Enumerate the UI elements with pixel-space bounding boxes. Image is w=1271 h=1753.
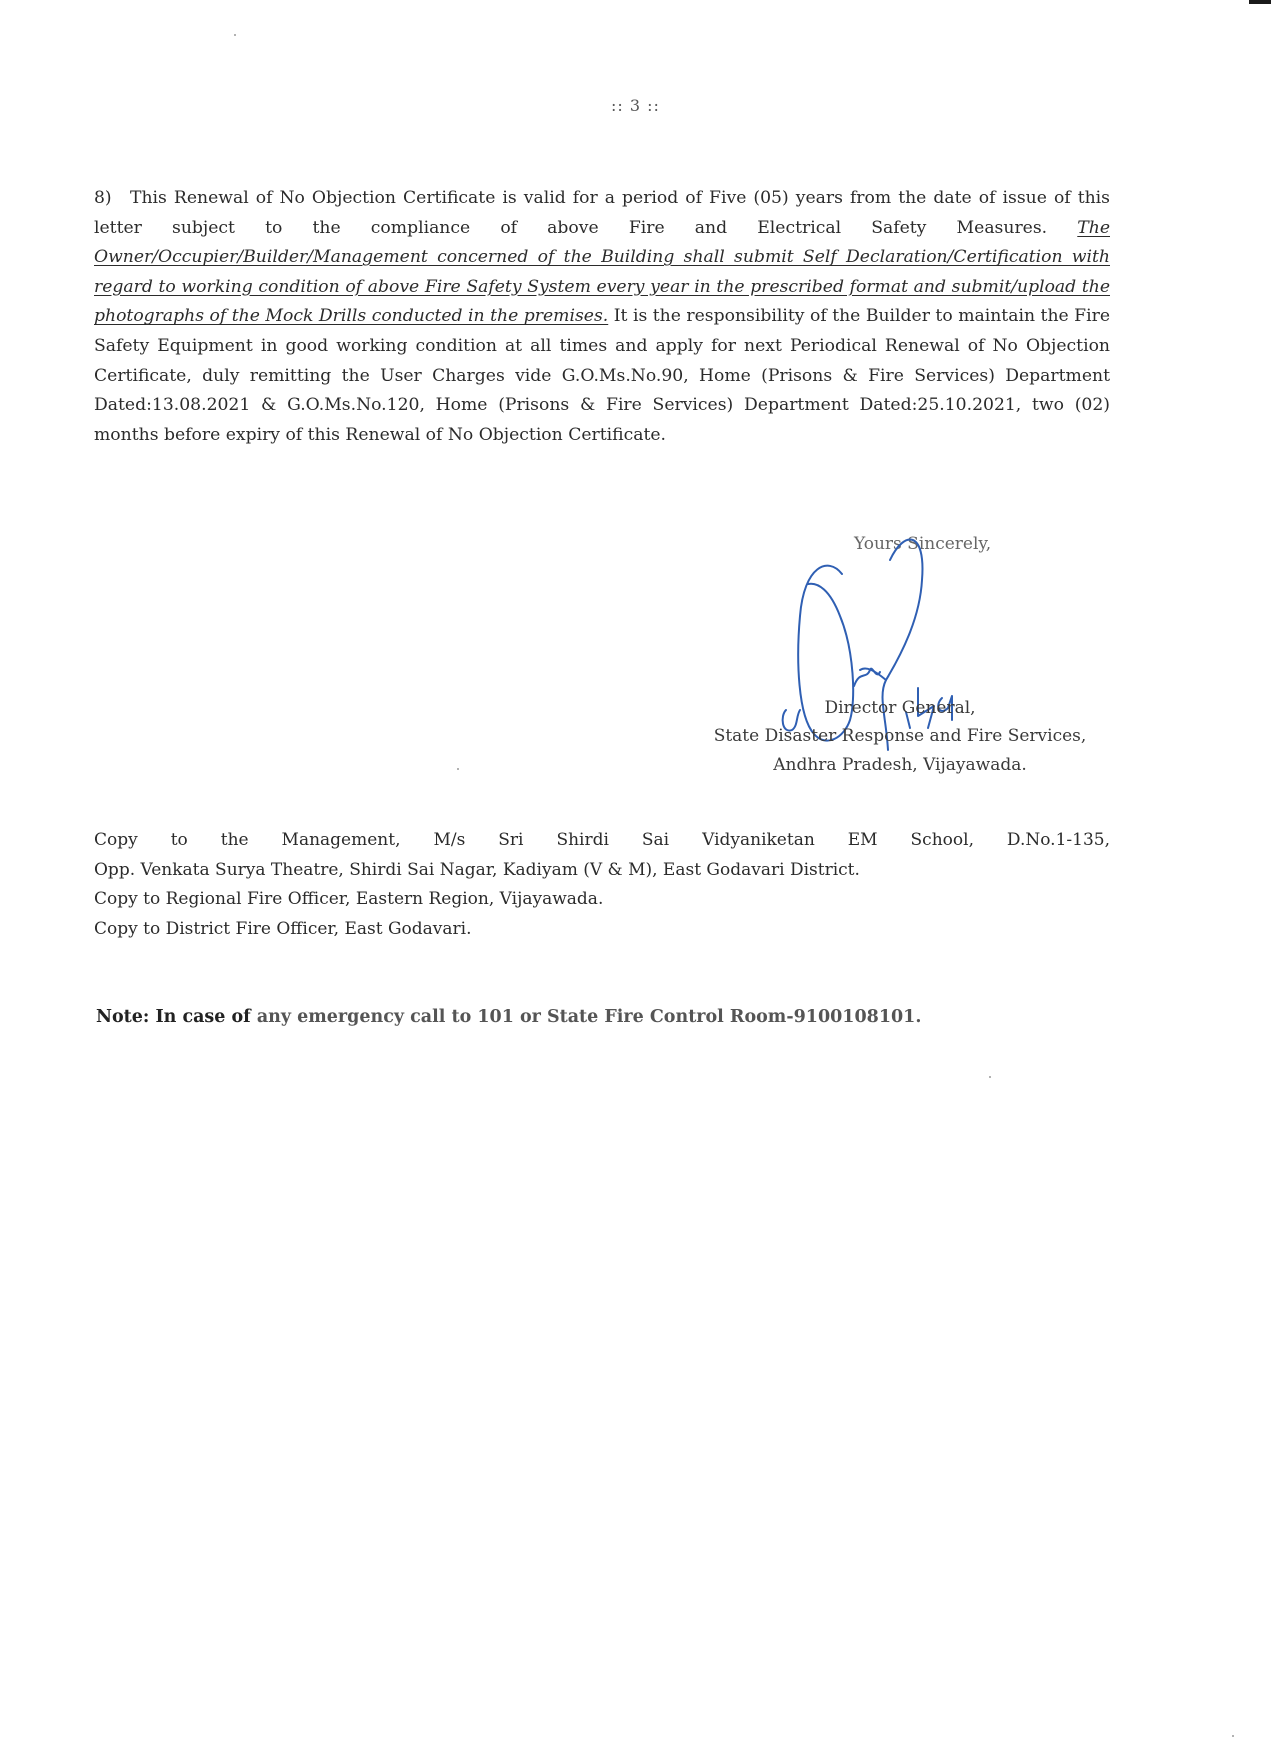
copy-to-list: Copy to the Management, M/s Sri Shirdi S…	[94, 826, 1110, 944]
scan-speck	[1232, 1735, 1234, 1737]
scan-speck	[457, 768, 459, 770]
scan-speck	[234, 34, 236, 36]
note-text: any emergency call to 101 or State Fire …	[257, 1007, 922, 1027]
paragraph-text-start: This Renewal of No Objection Certificate…	[94, 188, 1110, 238]
page-number: :: 3 ::	[0, 96, 1271, 115]
validity-paragraph: 8)This Renewal of No Objection Certifica…	[94, 184, 1110, 450]
signature-block: Yours Sincerely, Director General, State…	[690, 520, 1110, 780]
scan-edge-mark	[1249, 0, 1271, 4]
paragraph-text-end: It is the responsibility of the Builder …	[94, 306, 1110, 444]
signatory-designation: Director General,	[690, 698, 1110, 718]
copy-line-management: Copy to the Management, M/s Sri Shirdi S…	[94, 826, 1110, 856]
paragraph-number: 8)	[94, 184, 130, 214]
copy-line-regional-fire-officer: Copy to Regional Fire Officer, Eastern R…	[94, 885, 1110, 915]
copy-line-district-fire-officer: Copy to District Fire Officer, East Goda…	[94, 915, 1110, 945]
emergency-note: Note: In case of any emergency call to 1…	[96, 1007, 1112, 1027]
copy-line-management-address: Opp. Venkata Surya Theatre, Shirdi Sai N…	[94, 856, 1110, 886]
scan-speck	[989, 1076, 991, 1078]
note-label: Note: In case of	[96, 1007, 257, 1027]
signatory-location: Andhra Pradesh, Vijayawada.	[690, 755, 1110, 775]
signatory-organization: State Disaster Response and Fire Service…	[690, 726, 1110, 746]
